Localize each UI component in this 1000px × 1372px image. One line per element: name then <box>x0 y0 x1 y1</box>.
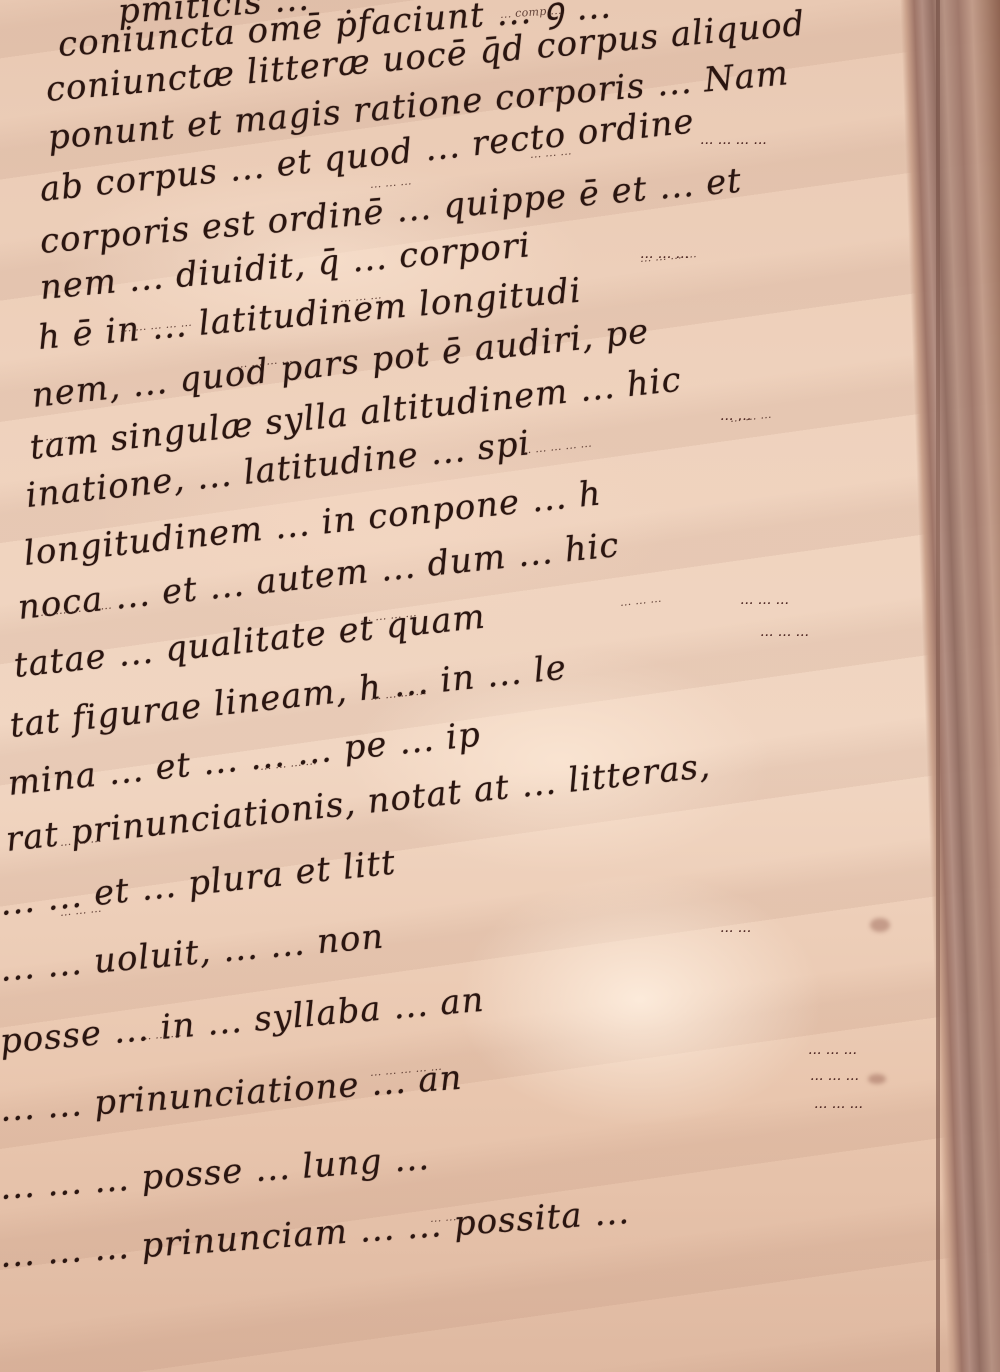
text-line: posse ... in ... syllaba ... an <box>0 980 486 1062</box>
manuscript-page: ṗmiticis ... coniuncta omē ṗfaciunt ... … <box>0 0 1000 1372</box>
margin-note: ... ... ... <box>740 590 789 610</box>
interlinear-gloss: ... ... ... ... ... <box>519 436 592 456</box>
margin-note: ... ... ... ... <box>700 130 767 150</box>
text-line: ... ... uoluit, ... ... non <box>0 916 386 989</box>
interlinear-gloss: ... ... ... <box>619 592 662 609</box>
margin-note: ... ... ... <box>808 1040 857 1060</box>
text-line: ... ... ... prinunciam ... ... possita .… <box>0 1192 631 1276</box>
margin-note: ... ... ... <box>810 1066 859 1086</box>
margin-note: ... ... ... <box>814 1094 863 1114</box>
main-text-block: ṗmiticis ... coniuncta omē ṗfaciunt ... … <box>0 0 900 1372</box>
book-binding-edge <box>900 0 1000 1372</box>
interlinear-gloss: ... ... ... <box>529 144 572 161</box>
margin-note: ... ... ... <box>640 244 689 264</box>
margin-note: ... ... <box>720 406 751 426</box>
interlinear-gloss: ... ... ... <box>369 174 412 191</box>
page-gutter-line <box>936 0 940 1372</box>
text-line: ... ... ... posse ... lung ... <box>0 1138 431 1208</box>
margin-note: ... ... <box>720 918 751 938</box>
margin-note: ... ... ... <box>760 622 809 642</box>
